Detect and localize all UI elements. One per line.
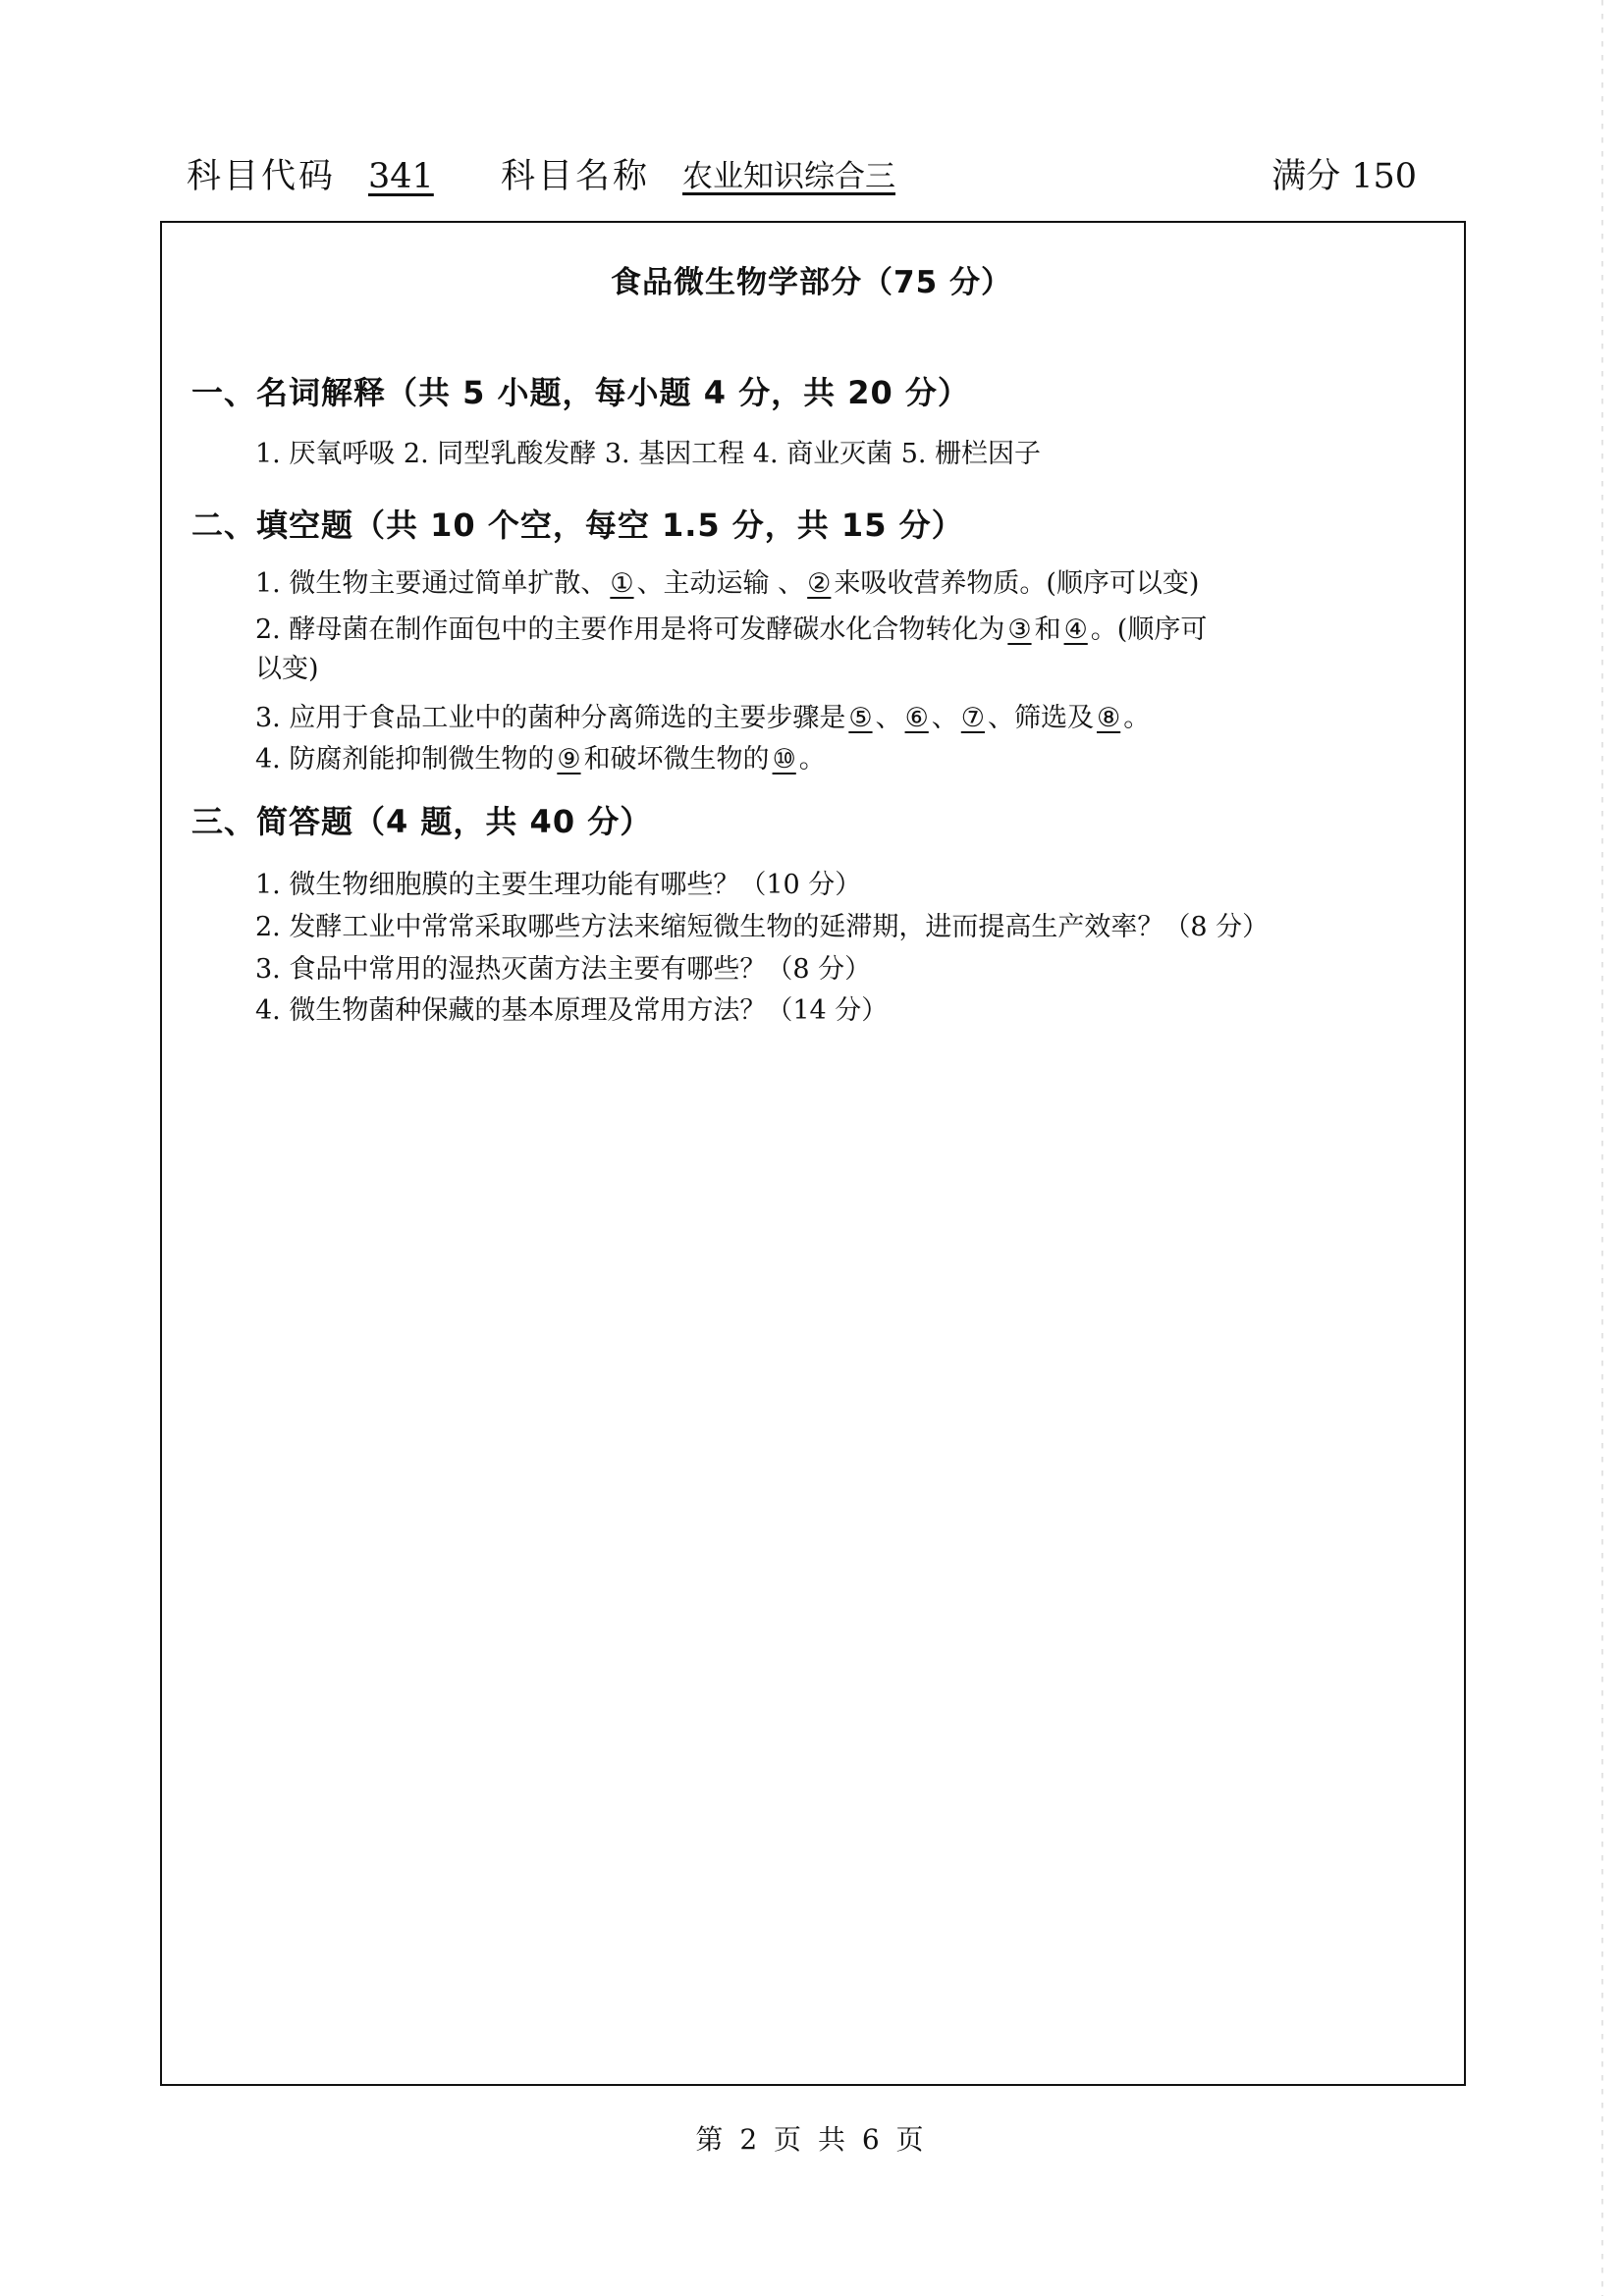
full-score: 满分 150: [1271, 152, 1417, 201]
short-answer-2: 2. 发酵工业中常常采取哪些方法来缩短微生物的延滞期，进而提高生产效率？（8 分…: [255, 908, 1269, 947]
question-text: 来吸收营养物质。(顺序可以变): [834, 568, 1199, 599]
fill-question-1: 1. 微生物主要通过简单扩散、①、主动运输 、②来吸收营养物质。(顺序可以变): [255, 564, 1199, 604]
section-heading-1: 一、名词解释（共 5 小题，每小题 4 分，共 20 分）: [191, 368, 970, 413]
term-list: 1. 厌氧呼吸 2. 同型乳酸发酵 3. 基因工程 4. 商业灭菌 5. 栅栏因…: [255, 435, 1041, 474]
blank-2: ②: [804, 568, 834, 599]
fill-question-4: 4. 防腐剂能抑制微生物的⑨和破坏微生物的⑩。: [255, 740, 826, 779]
blank-9: ⑨: [554, 744, 583, 774]
scan-artifact: [1601, 0, 1603, 2296]
question-text: 1. 微生物主要通过简单扩散、: [255, 568, 607, 599]
blank-5: ⑤: [845, 703, 875, 733]
question-text: 、主动运输 、: [637, 568, 805, 599]
short-answer-4: 4. 微生物菌种保藏的基本原理及常用方法？（14 分）: [255, 991, 888, 1031]
question-text: 2. 酵母菌在制作面包中的主要作用是将可发酵碳水化合物转化为: [255, 614, 1004, 645]
short-answer-3: 3. 食品中常用的湿热灭菌方法主要有哪些？（8 分）: [255, 950, 871, 989]
subject-code-value: 341: [368, 152, 434, 201]
question-text: 和: [1035, 614, 1061, 645]
question-text: 、筛选及: [988, 703, 1094, 733]
fill-question-2-cont: 以变): [255, 650, 319, 689]
blank-1: ①: [607, 568, 636, 599]
blank-3: ③: [1004, 614, 1034, 645]
blank-8: ⑧: [1094, 703, 1123, 733]
blank-4: ④: [1061, 614, 1091, 645]
page-number: 第 2 页 共 6 页: [0, 2118, 1623, 2158]
question-text: 3. 应用于食品工业中的菌种分离筛选的主要步骤是: [255, 703, 845, 733]
exam-header: 科目代码 341 科目名称 农业知识综合三 满分 150: [187, 152, 1417, 201]
subject-name-value: 农业知识综合三: [682, 152, 895, 201]
fill-question-3: 3. 应用于食品工业中的菌种分离筛选的主要步骤是⑤、⑥、⑦、筛选及⑧。: [255, 699, 1150, 738]
separator: 、: [876, 703, 902, 733]
fill-question-2: 2. 酵母菌在制作面包中的主要作用是将可发酵碳水化合物转化为③和④。(顺序可: [255, 611, 1207, 650]
separator: 。: [1123, 703, 1150, 733]
subject-name-label: 科目名称: [501, 152, 650, 201]
blank-7: ⑦: [958, 703, 988, 733]
blank-6: ⑥: [902, 703, 932, 733]
section-heading-3: 三、简答题（4 题，共 40 分）: [191, 797, 652, 842]
short-answer-1: 1. 微生物细胞膜的主要生理功能有哪些？（10 分）: [255, 866, 861, 905]
blank-10: ⑩: [770, 744, 799, 774]
page-title: 食品微生物学部分（75 分）: [0, 257, 1623, 301]
question-text: 。(顺序可: [1091, 614, 1208, 645]
subject-code-label: 科目代码: [187, 152, 336, 201]
question-text: 4. 防腐剂能抑制微生物的: [255, 744, 554, 774]
question-text: 和破坏微生物的: [584, 744, 770, 774]
section-heading-2: 二、填空题（共 10 个空，每空 1.5 分，共 15 分）: [191, 501, 964, 546]
separator: 。: [799, 744, 826, 774]
separator: 、: [932, 703, 958, 733]
